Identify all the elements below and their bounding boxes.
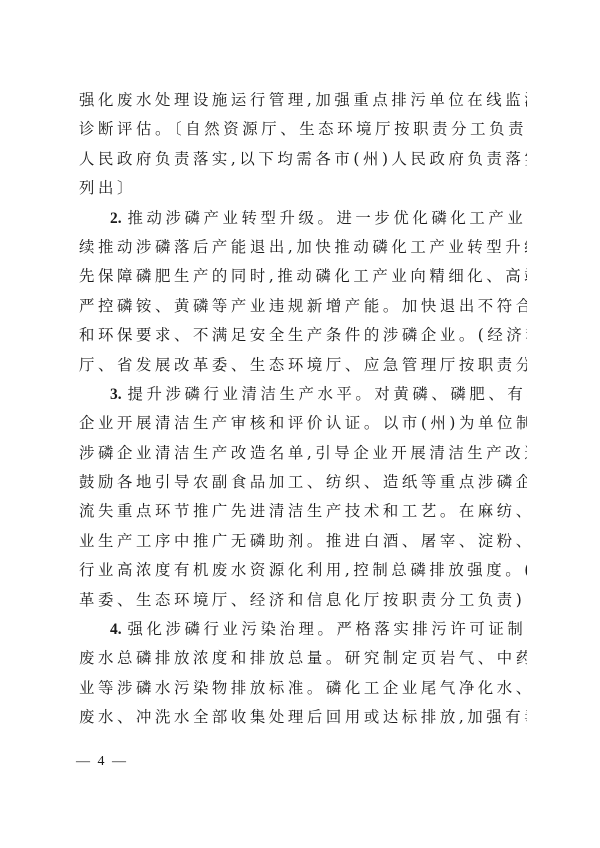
section-heading-text: 提升涉磷行业清洁生产水平。对黄磷、磷肥、有机磷农药 bbox=[128, 385, 527, 403]
text-line: 先保障磷肥生产的同时,推动磷化工产业向精细化、高端化升级。 bbox=[79, 262, 527, 291]
text-line: 诊断评估。〔自然资源厅、生态环境厅按职责分工负责,各市(州) bbox=[79, 115, 527, 144]
text-line: 涉磷企业清洁生产改造名单,引导企业开展清洁生产改造工作。 bbox=[79, 439, 527, 468]
text-line: 业生产工序中推广无磷助剂。推进白酒、屠宰、淀粉、果品加工等 bbox=[79, 527, 527, 556]
text-line: 企业开展清洁生产审核和评价认证。以市(州)为单位制定年度 bbox=[79, 409, 527, 438]
document-page: 强化废水处理设施运行管理,加强重点排污单位在线监测预警和 诊断评估。〔自然资源厅… bbox=[0, 0, 600, 848]
section-number: 3. bbox=[110, 386, 122, 403]
text-line: 流失重点环节推广先进清洁生产技术和工艺。在麻纺、棉纺等行 bbox=[79, 497, 527, 526]
text-line: 严控磷铵、黄磷等产业违规新增产能。加快退出不符合产业政策 bbox=[79, 292, 527, 321]
text-line: 列出〕 bbox=[79, 174, 527, 203]
text-line: 废水总磷排放浓度和排放总量。研究制定页岩气、中药类制药工 bbox=[79, 644, 527, 673]
text-line: 续推动涉磷落后产能退出,加快推动磷化工产业转型升级。在优 bbox=[79, 233, 527, 262]
text-line: 业等涉磷水污染物排放标准。磷化工企业尾气净化水、生产过程 bbox=[79, 674, 527, 703]
text-line: 鼓励各地引导农副食品加工、纺织、造纸等重点涉磷企业,针对磷 bbox=[79, 468, 527, 497]
section-heading-line: 2.推动涉磷产业转型升级。进一步优化磷化工产业布局,持 bbox=[79, 204, 527, 233]
section-heading-text: 推动涉磷产业转型升级。进一步优化磷化工产业布局,持 bbox=[128, 209, 527, 227]
text-line: 革委、生态环境厅、经济和信息化厅按职责分工负责) bbox=[79, 586, 527, 615]
section-heading-line: 3.提升涉磷行业清洁生产水平。对黄磷、磷肥、有机磷农药 bbox=[79, 380, 527, 409]
text-line: 厅、省发展改革委、生态环境厅、应急管理厅按职责分工负责) bbox=[79, 351, 527, 380]
text-line: 行业高浓度有机废水资源化利用,控制总磷排放强度。(省发展改 bbox=[79, 556, 527, 585]
section-number: 4. bbox=[110, 621, 122, 638]
section-heading-text: 强化涉磷行业污染治理。严格落实排污许可证制度,严控 bbox=[128, 620, 527, 638]
document-body: 强化废水处理设施运行管理,加强重点排污单位在线监测预警和 诊断评估。〔自然资源厅… bbox=[79, 86, 527, 733]
text-line: 和环保要求、不满足安全生产条件的涉磷企业。(经济和信息化 bbox=[79, 321, 527, 350]
text-line: 人民政府负责落实,以下均需各市(州)人民政府负责落实,不再 bbox=[79, 145, 527, 174]
text-line: 废水、冲洗水全部收集处理后回用或达标排放,加强有毒有害废气 bbox=[79, 703, 527, 732]
text-line: 强化废水处理设施运行管理,加强重点排污单位在线监测预警和 bbox=[79, 86, 527, 115]
section-heading-line: 4.强化涉磷行业污染治理。严格落实排污许可证制度,严控 bbox=[79, 615, 527, 644]
section-number: 2. bbox=[110, 210, 122, 227]
page-number: — 4 — bbox=[76, 754, 128, 770]
